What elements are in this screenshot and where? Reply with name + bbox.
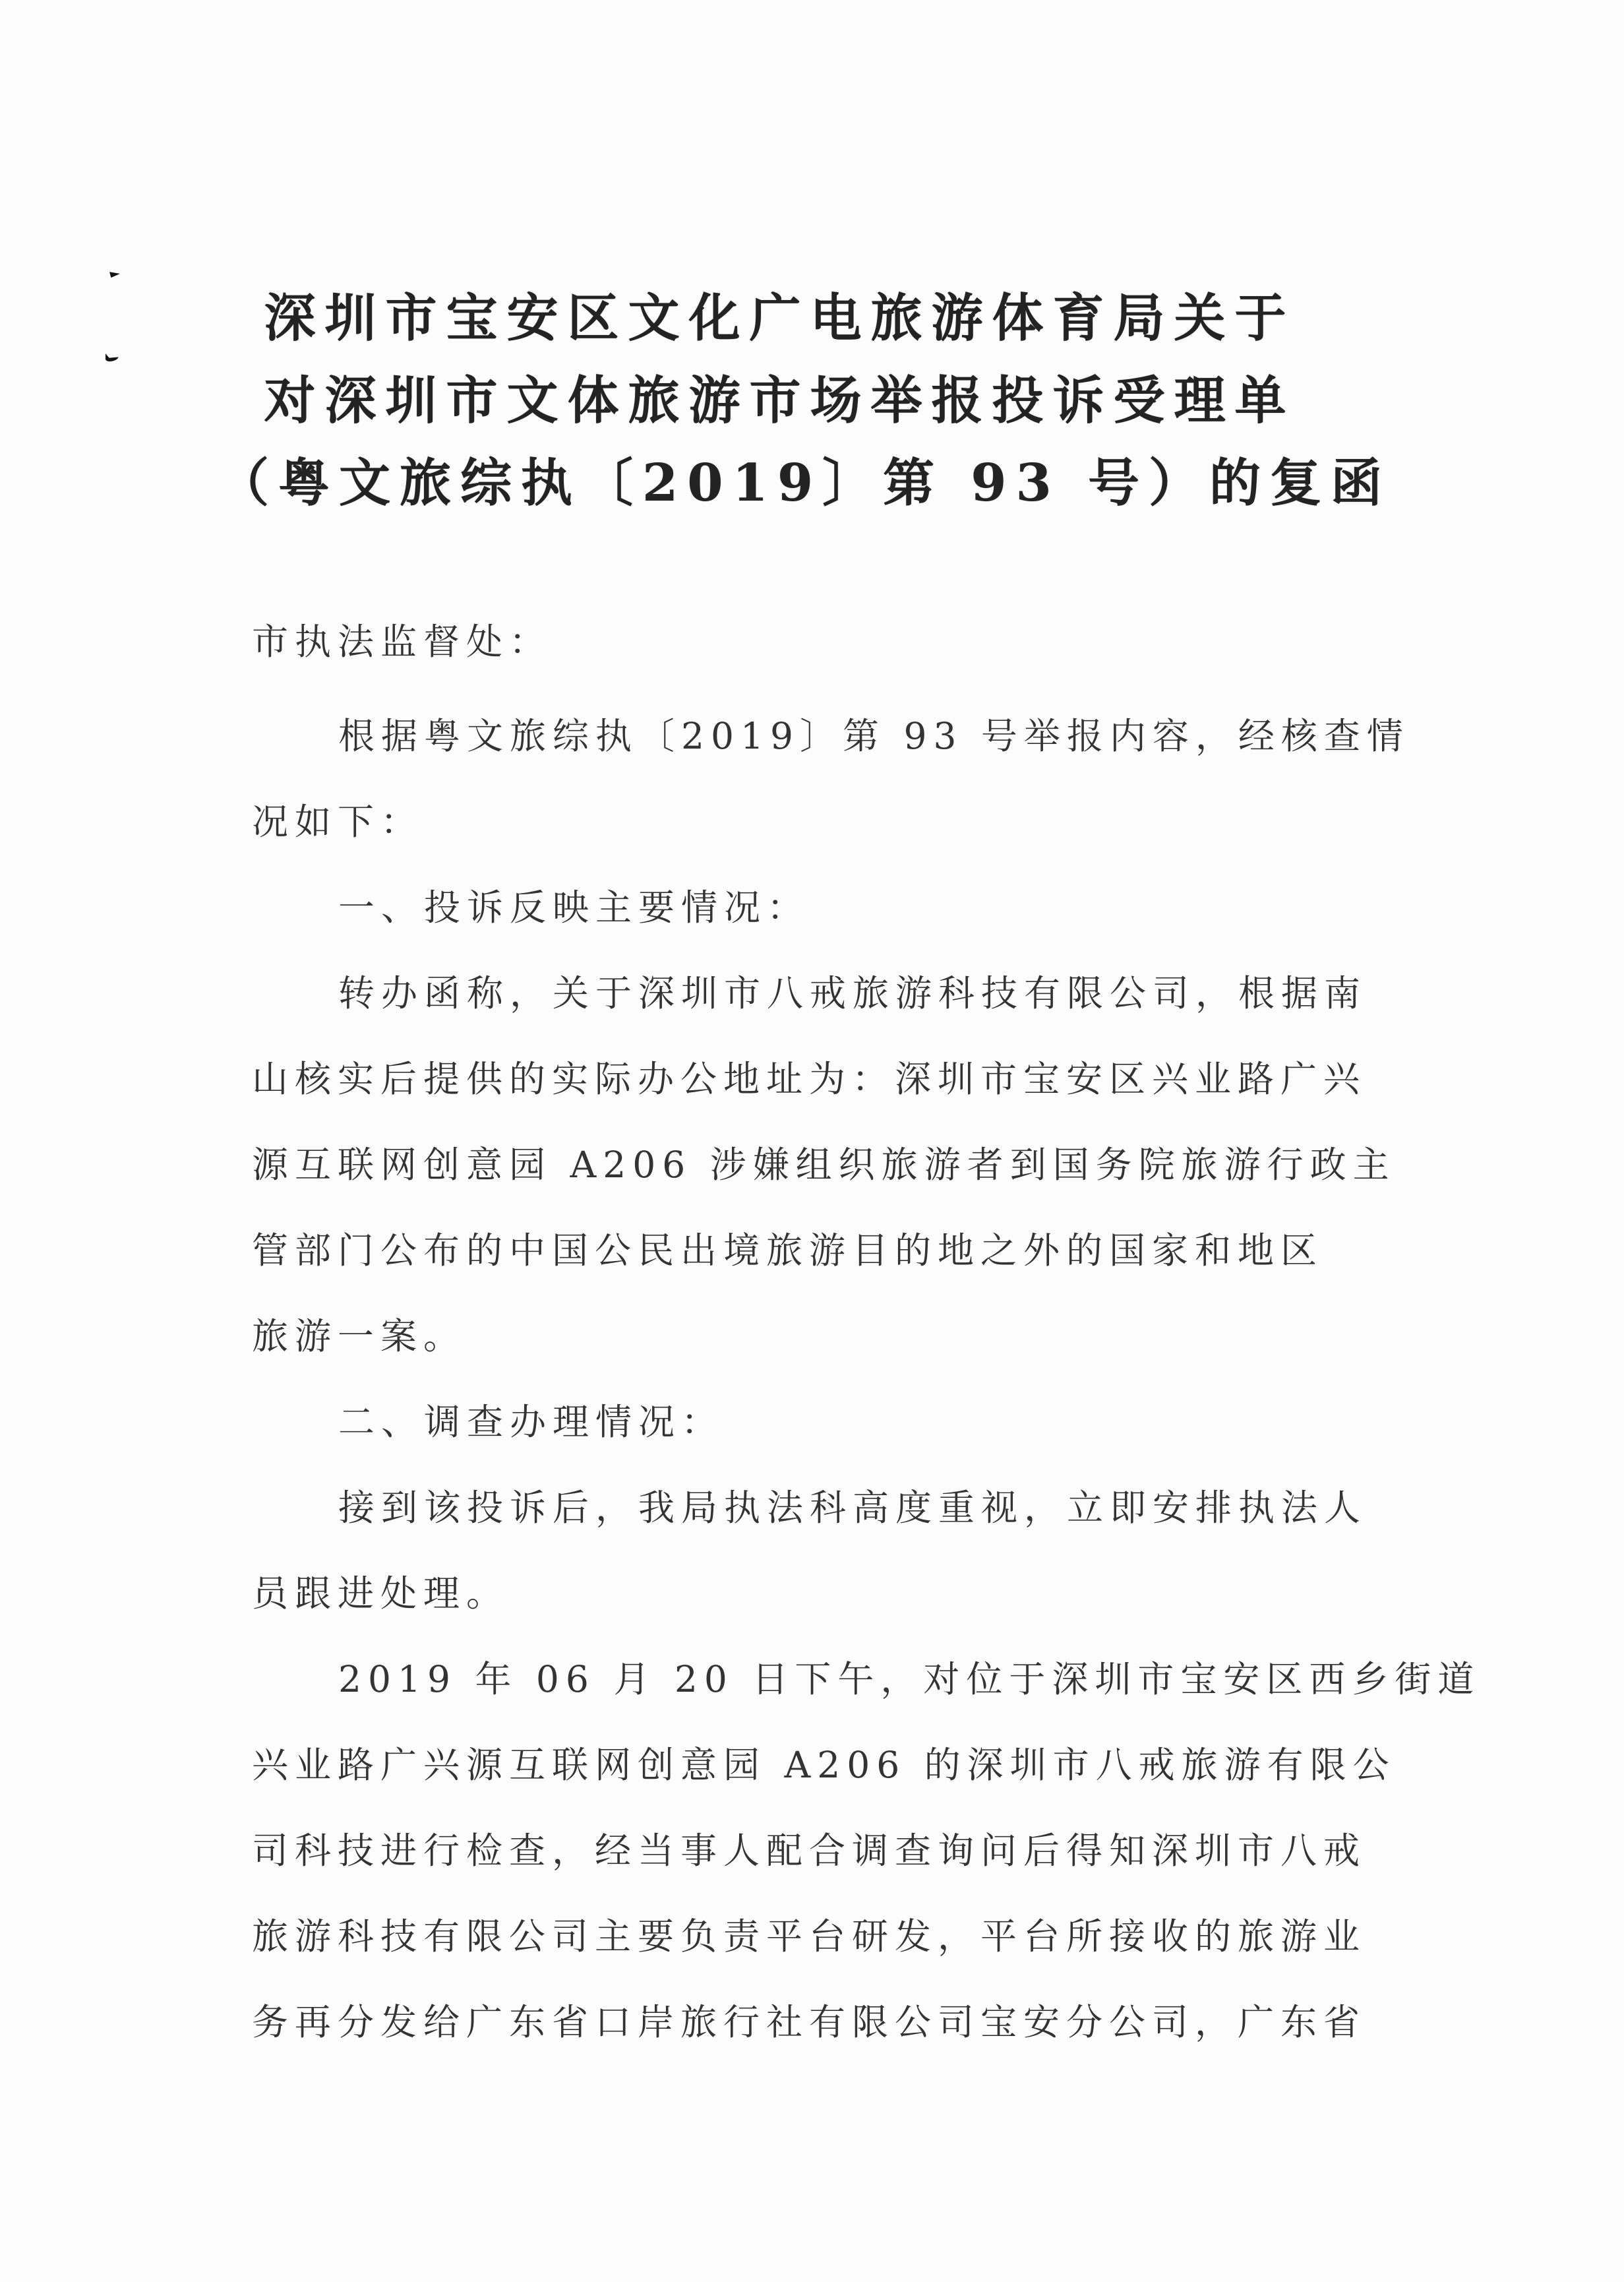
body-line: 二、调查办理情况： (252, 1379, 1412, 1465)
body-line: 况如下： (252, 779, 1412, 865)
document-title: 深圳市宝安区文化广电旅游体育局关于 对深圳市文体旅游市场举报投诉受理单 （粤文旅… (218, 277, 1342, 524)
title-line-1: 深圳市宝安区文化广电旅游体育局关于 (218, 277, 1342, 359)
body-paragraphs: 根据粤文旅综执〔2019〕第 93 号举报内容，经核查情况如下：一、投诉反映主要… (252, 693, 1412, 2065)
body-line: 转办函称，关于深圳市八戒旅游科技有限公司，根据南 (252, 950, 1412, 1036)
body-line: 一、投诉反映主要情况： (252, 865, 1412, 950)
scanned-letter-page: { "page": { "background": "#fdfdfd", "ti… (0, 0, 1624, 2282)
body-line: 2019 年 06 月 20 日下午，对位于深圳市宝安区西乡街道 (252, 1636, 1412, 1722)
body-line: 旅游科技有限公司主要负责平台研发，平台所接收的旅游业 (252, 1894, 1412, 1979)
body-line: 根据粤文旅综执〔2019〕第 93 号举报内容，经核查情 (252, 693, 1412, 779)
body-line: 旅游一案。 (252, 1293, 1412, 1379)
body-line: 接到该投诉后，我局执法科高度重视，立即安排执法人 (252, 1465, 1412, 1551)
salutation-gap (252, 685, 1412, 693)
body-line: 山核实后提供的实际办公地址为：深圳市宝安区兴业路广兴 (252, 1036, 1412, 1122)
body-line: 管部门公布的中国公民出境旅游目的地之外的国家和地区 (252, 1208, 1412, 1293)
title-line-3: （粤文旅综执〔2019〕第 93 号）的复函 (218, 442, 1342, 524)
body-line: 务再分发给广东省口岸旅行社有限公司宝安分公司，广东省 (252, 1979, 1412, 2065)
letter-body: 市执法监督处： 根据粤文旅综执〔2019〕第 93 号举报内容，经核查情况如下：… (252, 599, 1412, 2065)
body-line: 司科技进行检查，经当事人配合调查询问后得知深圳市八戒 (252, 1808, 1412, 1894)
body-line: 源互联网创意园 A206 涉嫌组织旅游者到国务院旅游行政主 (252, 1122, 1412, 1208)
title-line-2: 对深圳市文体旅游市场举报投诉受理单 (218, 359, 1342, 442)
salutation: 市执法监督处： (252, 599, 1412, 685)
body-line: 员跟进处理。 (252, 1551, 1412, 1636)
body-line: 兴业路广兴源互联网创意园 A206 的深圳市八戒旅游有限公 (252, 1722, 1412, 1808)
